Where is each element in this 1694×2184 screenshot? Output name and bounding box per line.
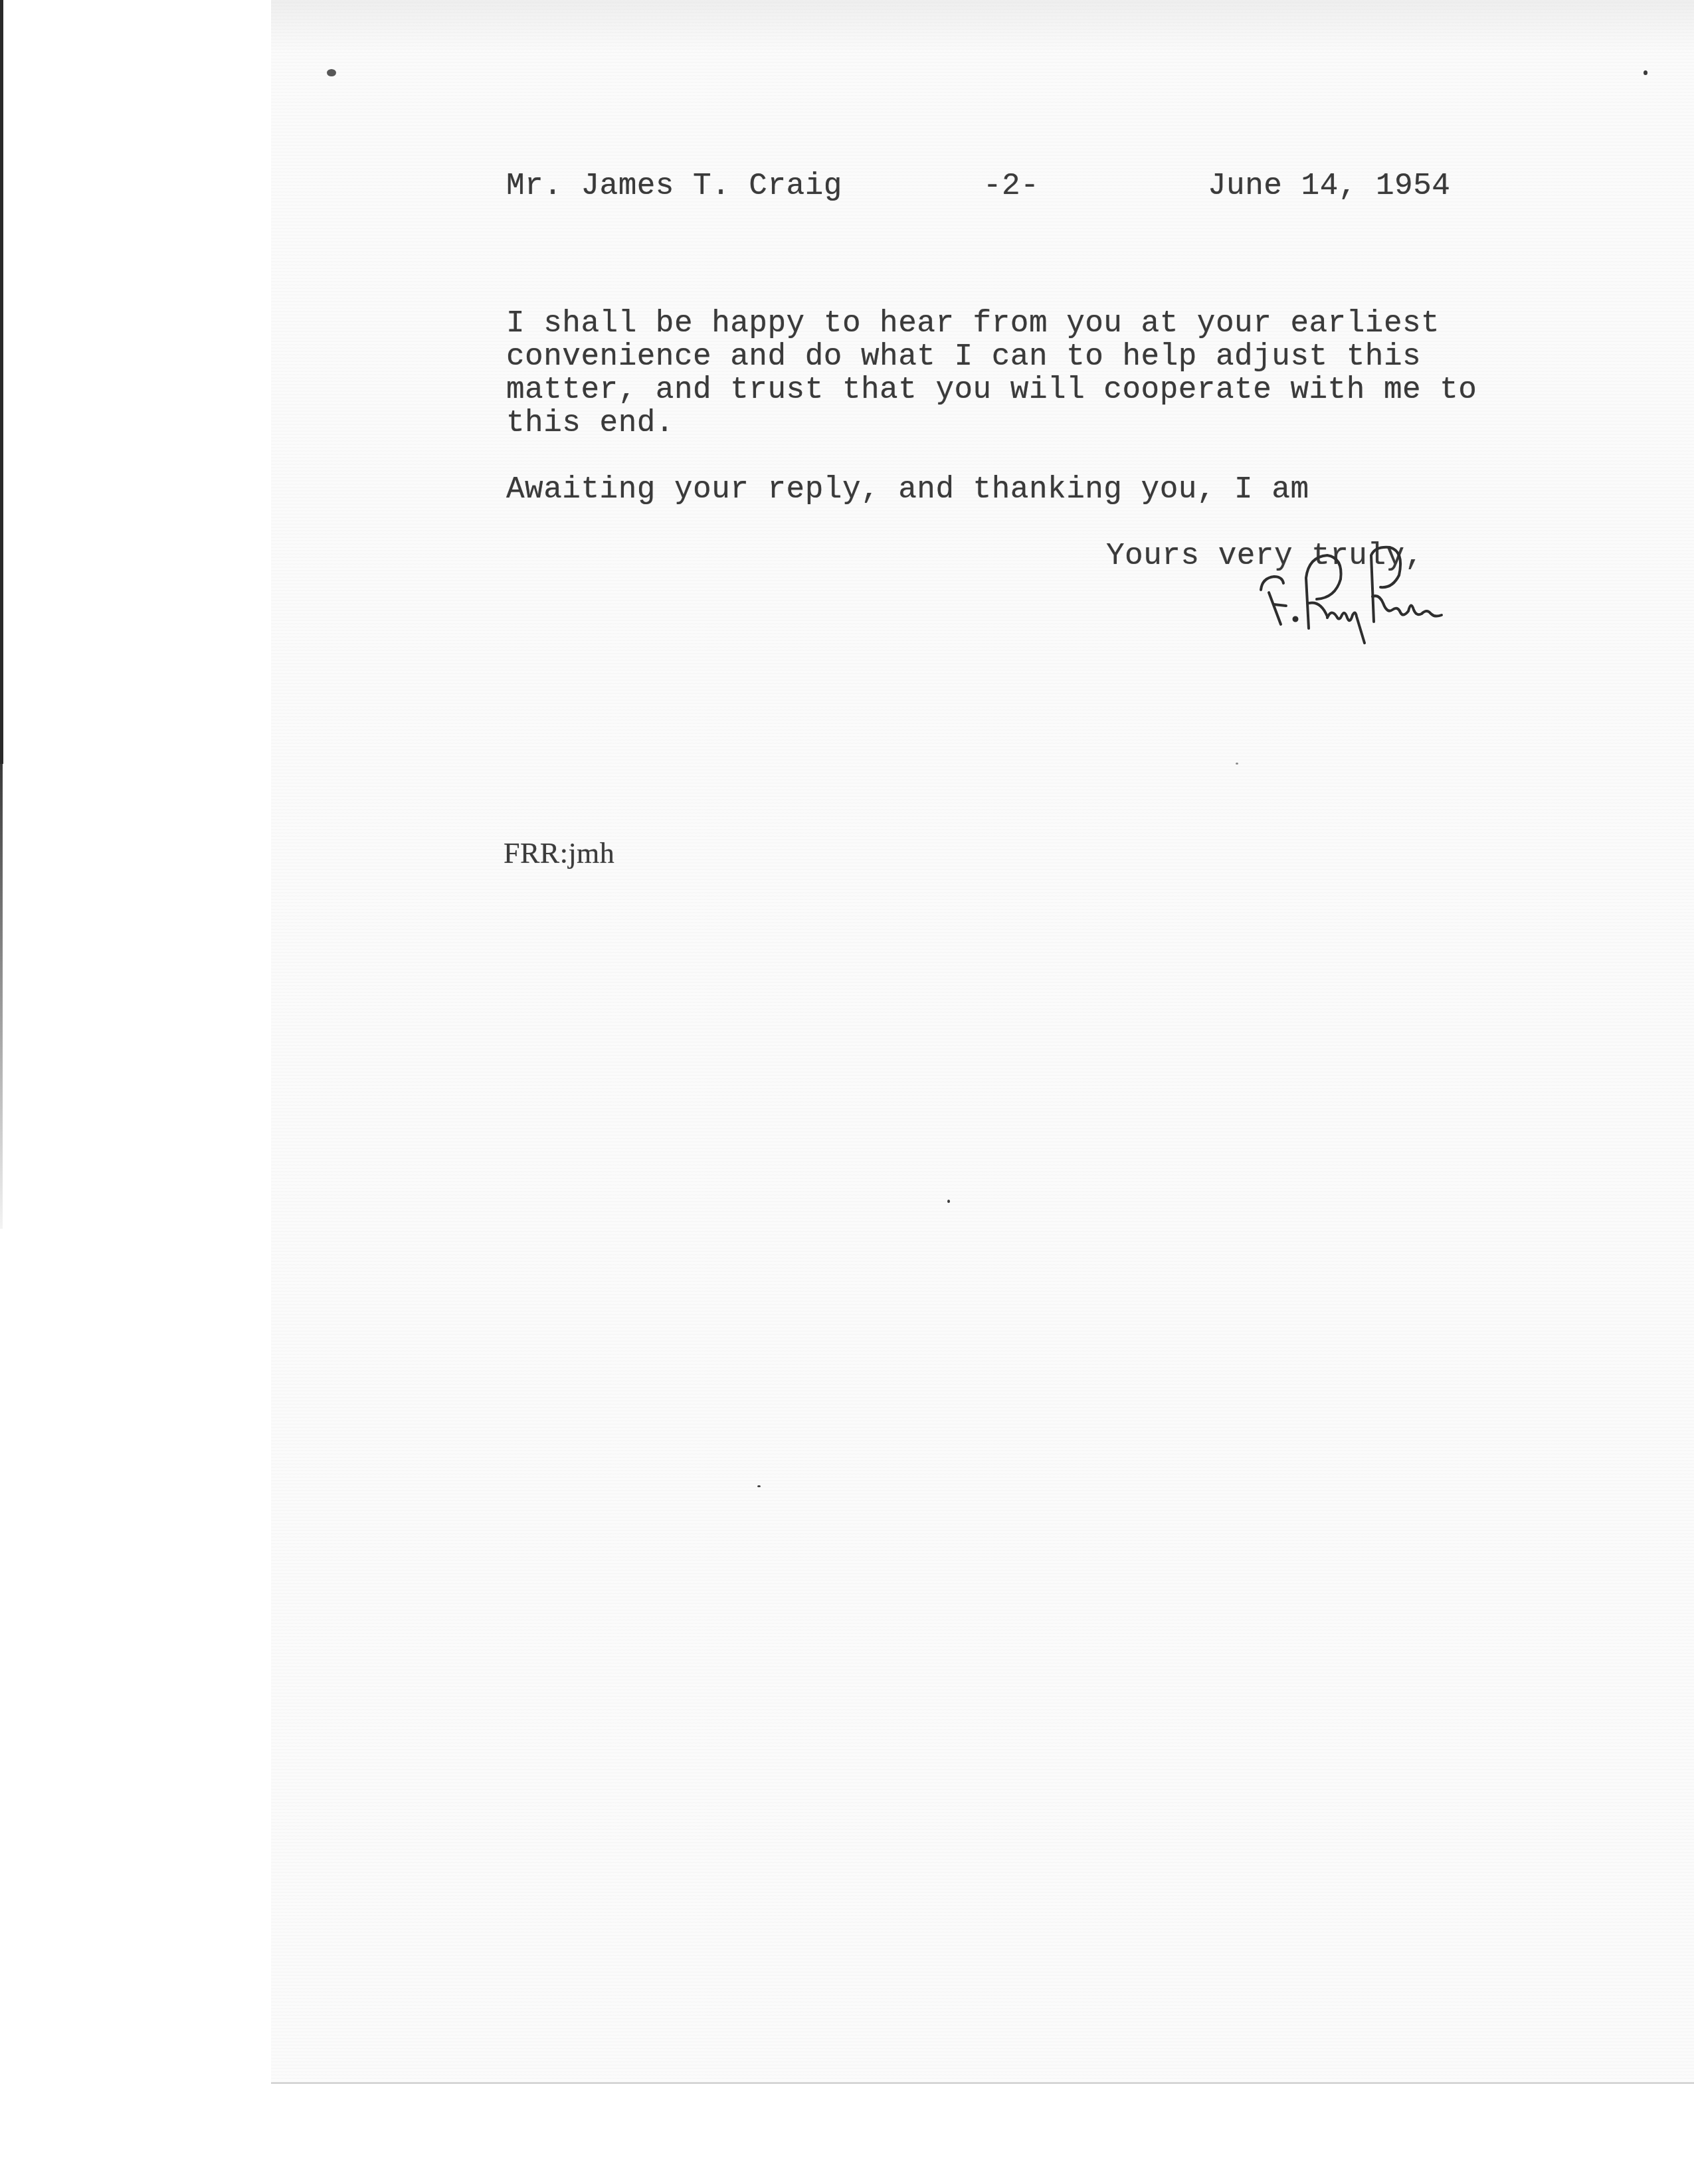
body-line: convenience and do what I can to help ad… (506, 340, 1636, 373)
addressee: Mr. James T. Craig (506, 169, 842, 203)
signature-icon (1242, 531, 1461, 644)
scan-edge (0, 0, 3, 764)
closing-line: Awaiting your reply, and thanking you, I… (506, 473, 1309, 506)
letter-date: June 14, 1954 (1208, 169, 1450, 203)
page-number: -2- (983, 169, 1039, 203)
scan-speck (327, 69, 336, 76)
scan-edge-fade (0, 764, 3, 1229)
body-line: I shall be happy to hear from you at you… (506, 307, 1636, 340)
scan-speck (1644, 70, 1647, 75)
body-paragraph: I shall be happy to hear from you at you… (506, 307, 1636, 440)
body-line: matter, and trust that you will cooperat… (506, 373, 1636, 407)
scan-speck (1236, 763, 1238, 765)
scan-speck (757, 1485, 761, 1487)
paper-shadow (271, 0, 1694, 53)
body-line: this end. (506, 407, 1636, 440)
scan-speck (947, 1200, 950, 1203)
reference-initials: FRR:jmh (504, 837, 614, 870)
